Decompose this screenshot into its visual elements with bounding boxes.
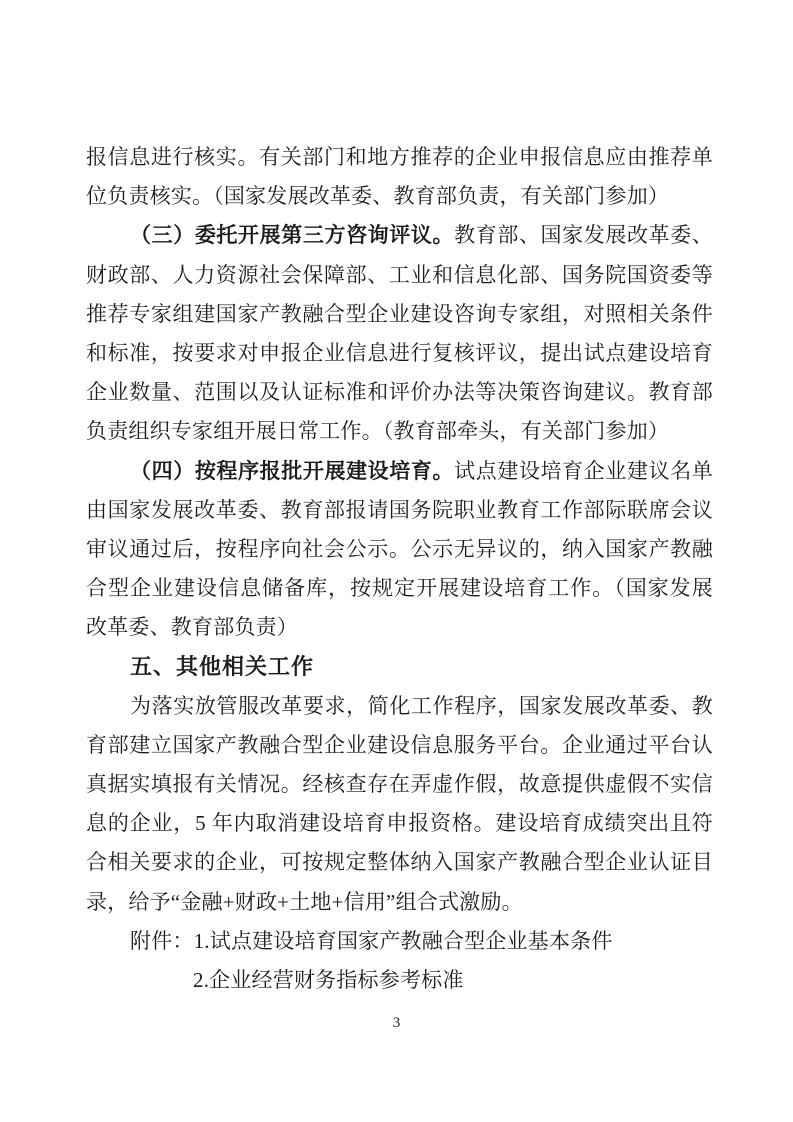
text-line: 合相关要求的企业，可按规定整体纳入国家产教融合型企业认证目 (86, 843, 713, 882)
text-run: 息的企业，5 年内取消建设培育申报资格。建设培育成绩突出且符 (86, 811, 713, 835)
text-line: 真据实填报有关情况。经核查存在弄虚作假，故意提供虚假不实信 (86, 765, 713, 804)
text-line: 合型企业建设信息储备库，按规定开展建设培育工作。（国家发展 (86, 569, 713, 608)
responsibility-note: 改革委、教育部负责） (86, 615, 298, 639)
text-run: 为落实放管服改革要求，简化工作程序，国家发展改革委、教 (130, 694, 713, 718)
clause-heading-3: （三）委托开展第三方咨询评议。 (130, 223, 454, 247)
text-run: 审议通过后，按程序向社会公示。公示无异议的，纳入国家产教融 (86, 537, 713, 561)
responsibility-note: （国家发展 (614, 576, 713, 600)
text-run: 真据实填报有关情况。经核查存在弄虚作假，故意提供虚假不实信 (86, 772, 713, 796)
clause-heading-4: （四）按程序报批开展建设培育。 (130, 459, 454, 483)
text-line: 和标准，按要求对申报企业信息进行复核评议，提出试点建设培育 (86, 334, 713, 373)
text-run: 2.企业经营财务指标参考标准 (193, 968, 464, 992)
text-run: 负责组织专家组开展日常工作。 (86, 419, 383, 443)
text-line: 企业数量、范围以及认证标准和评价办法等决策咨询建议。教育部 (86, 373, 713, 412)
text-run: 合相关要求的企业，可按规定整体纳入国家产教融合型企业认证目 (86, 850, 713, 874)
text-run: 录，给予“金融+财政+土地+信用”组合式激励。 (86, 890, 523, 914)
attachment-line-2: 2.企业经营财务指标参考标准 (86, 961, 713, 1000)
document-page: 报信息进行核实。有关部门和地方推荐的企业申报信息应由推荐单 位负责核实。（国家发… (0, 0, 793, 1122)
section-heading-5: 五、其他相关工作 (86, 647, 713, 686)
text-line: 育部建立国家产教融合型企业建设信息服务平台。企业通过平台认 (86, 726, 713, 765)
text-run: 推荐专家组建国家产教融合型企业建设咨询专家组，对照相关条件 (86, 302, 713, 326)
text-run: 由国家发展改革委、教育部报请国务院职业教育工作部际联席会议 (86, 498, 713, 522)
text-run: 附件：1.试点建设培育国家产教融合型企业基本条件 (130, 929, 613, 953)
text-run: 财政部、人力资源社会保障部、工业和信息化部、国务院国资委等 (86, 263, 713, 287)
text-run: 试点建设培育企业建议名单 (454, 459, 713, 483)
text-line: 财政部、人力资源社会保障部、工业和信息化部、国务院国资委等 (86, 256, 713, 295)
text-line: 息的企业，5 年内取消建设培育申报资格。建设培育成绩突出且符 (86, 804, 713, 843)
section-heading-text: 五、其他相关工作 (130, 654, 314, 679)
text-line: 审议通过后，按程序向社会公示。公示无异议的，纳入国家产教融 (86, 530, 713, 569)
text-run: 和标准，按要求对申报企业信息进行复核评议，提出试点建设培育 (86, 341, 713, 365)
paragraph-start-line: （三）委托开展第三方咨询评议。教育部、国家发展改革委、 (86, 216, 713, 255)
text-line: 推荐专家组建国家产教融合型企业建设咨询专家组，对照相关条件 (86, 295, 713, 334)
responsibility-note: （教育部牵头，有关部门参加） (383, 419, 669, 443)
text-run: 位负责核实。 (86, 184, 213, 208)
responsibility-note: （国家发展改革委、教育部负责，有关部门参加） (213, 184, 669, 208)
text-run: 育部建立国家产教融合型企业建设信息服务平台。企业通过平台认 (86, 733, 713, 757)
text-line: 录，给予“金融+财政+土地+信用”组合式激励。 (86, 883, 713, 922)
text-line: 由国家发展改革委、教育部报请国务院职业教育工作部际联席会议 (86, 491, 713, 530)
text-run: 报信息进行核实。有关部门和地方推荐的企业申报信息应由推荐单 (86, 145, 713, 169)
text-run: 企业数量、范围以及认证标准和评价办法等决策咨询建议。教育部 (86, 380, 713, 404)
text-run: 教育部、国家发展改革委、 (454, 223, 713, 247)
text-line: 负责组织专家组开展日常工作。（教育部牵头，有关部门参加） (86, 412, 713, 451)
text-line: 改革委、教育部负责） (86, 608, 713, 647)
text-line: 位负责核实。（国家发展改革委、教育部负责，有关部门参加） (86, 177, 713, 216)
document-body: 报信息进行核实。有关部门和地方推荐的企业申报信息应由推荐单 位负责核实。（国家发… (86, 138, 713, 1000)
text-run: 合型企业建设信息储备库，按规定开展建设培育工作。 (86, 576, 614, 600)
page-number: 3 (0, 1015, 793, 1032)
paragraph-start-line: 为落实放管服改革要求，简化工作程序，国家发展改革委、教 (86, 687, 713, 726)
text-line: 报信息进行核实。有关部门和地方推荐的企业申报信息应由推荐单 (86, 138, 713, 177)
paragraph-start-line: （四）按程序报批开展建设培育。试点建设培育企业建议名单 (86, 452, 713, 491)
attachment-line-1: 附件：1.试点建设培育国家产教融合型企业基本条件 (86, 922, 713, 961)
